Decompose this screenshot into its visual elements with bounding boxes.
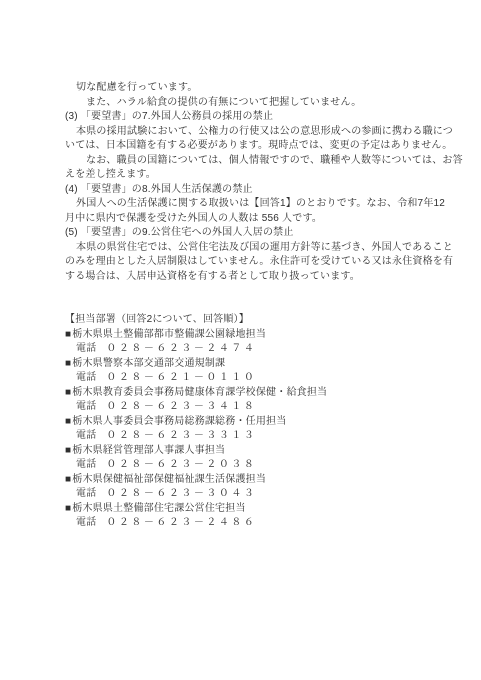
phone-number: ０２８－６２３－２０３８	[106, 459, 256, 470]
body-text-line: のみを理由とした入居制限はしていません。永住許可を受けている又は永住資格を有	[65, 255, 441, 270]
item-3-heading: (3) 「要望書」の7.外国人公務員の採用の禁止	[65, 110, 441, 125]
phone-number: ０２８－６２３－３３１３	[106, 430, 256, 441]
contact-entry: ■栃木県教育委員会事務局健康体育課学校保健・給食担当 電話０２８－６２３－３４１…	[65, 386, 441, 415]
phone-label: 電話	[76, 459, 96, 470]
phone-label: 電話	[76, 343, 96, 354]
item-5-heading: (5) 「要望書」の9.公営住宅への外国人入居の禁止	[65, 226, 441, 241]
contact-entry: ■栃木県県土整備部住宅課公営住宅担当 電話０２８－６２３－２４８６	[65, 502, 441, 531]
square-bullet-icon: ■	[65, 503, 71, 514]
body-text-line: いては、日本国籍を有する必要があります。現時点では、変更の予定はありません。	[65, 139, 441, 154]
contact-department: 栃木県警察本部交通部交通規制課	[72, 358, 225, 369]
square-bullet-icon: ■	[65, 416, 71, 427]
contact-entry: ■栃木県保健福祉部保健福祉課生活保護担当 電話０２８－６２３－３０４３	[65, 473, 441, 502]
phone-number: ０２８－６２１－０１１０	[106, 372, 256, 383]
item-4-heading: (4) 「要望書」の8.外国人生活保護の禁止	[65, 183, 441, 198]
square-bullet-icon: ■	[65, 387, 71, 398]
body-text-line: えを差し控えます。	[65, 168, 441, 183]
contact-entry: ■栃木県県土整備部都市整備課公園緑地担当 電話０２８－６２３－２４７４	[65, 328, 441, 357]
contact-section-title: 【担当部署（回答2について、回答順）】	[65, 313, 441, 328]
phone-number: ０２８－６２３－３４１８	[106, 401, 256, 412]
phone-label: 電話	[76, 488, 96, 499]
square-bullet-icon: ■	[65, 358, 71, 369]
phone-label: 電話	[76, 430, 96, 441]
contact-department: 栃木県県土整備部住宅課公営住宅担当	[72, 503, 245, 514]
body-text-line: 本県の県営住宅では、公営住宅法及び国の運用方針等に基づき、外国人であること	[65, 241, 441, 256]
phone-label: 電話	[76, 401, 96, 412]
contact-department: 栃木県教育委員会事務局健康体育課学校保健・給食担当	[72, 387, 327, 398]
contact-section: 【担当部署（回答2について、回答順）】 ■栃木県県土整備部都市整備課公園緑地担当…	[65, 313, 441, 531]
contact-entry: ■栃木県警察本部交通部交通規制課 電話０２８－６２１－０１１０	[65, 357, 441, 386]
body-text-line: 月中に県内で保護を受けた外国人の人数は 556 人です。	[65, 212, 441, 227]
phone-number: ０２８－６２３－２４８６	[106, 517, 256, 528]
square-bullet-icon: ■	[65, 474, 71, 485]
phone-label: 電話	[76, 517, 96, 528]
body-text-line: する場合は、入居申込資格を有する者として取り扱っています。	[65, 270, 441, 285]
contact-department: 栃木県県土整備部都市整備課公園緑地担当	[72, 329, 266, 340]
body-text-line: 切な配慮を行っています。	[65, 81, 441, 96]
contact-department: 栃木県人事委員会事務局総務課総務・任用担当	[72, 416, 286, 427]
body-text-line: なお、職員の国籍については、個人情報ですので、職種や人数等については、お答	[65, 154, 441, 169]
contact-entry: ■栃木県人事委員会事務局総務課総務・任用担当 電話０２８－６２３－３３１３	[65, 415, 441, 444]
square-bullet-icon: ■	[65, 329, 71, 340]
contact-department: 栃木県保健福祉部保健福祉課生活保護担当	[72, 474, 266, 485]
body-text-line: また、ハラル給食の提供の有無について把握していません。	[65, 96, 441, 111]
phone-label: 電話	[76, 372, 96, 383]
phone-number: ０２８－６２３－２４７４	[106, 343, 256, 354]
body-text-line: 本県の採用試験において、公権力の行使又は公の意思形成への参画に携わる職につ	[65, 125, 441, 140]
contact-entry: ■栃木県経営管理部人事課人事担当 電話０２８－６２３－２０３８	[65, 444, 441, 473]
phone-number: ０２８－６２３－３０４３	[106, 488, 256, 499]
square-bullet-icon: ■	[65, 445, 71, 456]
document-page: 切な配慮を行っています。 また、ハラル給食の提供の有無について把握していません。…	[0, 0, 481, 680]
response-body: 切な配慮を行っています。 また、ハラル給食の提供の有無について把握していません。…	[65, 81, 441, 284]
body-text-line: 外国人への生活保護に関する取扱いは【回答1】のとおりです。なお、令和7年12	[65, 197, 441, 212]
contact-department: 栃木県経営管理部人事課人事担当	[72, 445, 225, 456]
